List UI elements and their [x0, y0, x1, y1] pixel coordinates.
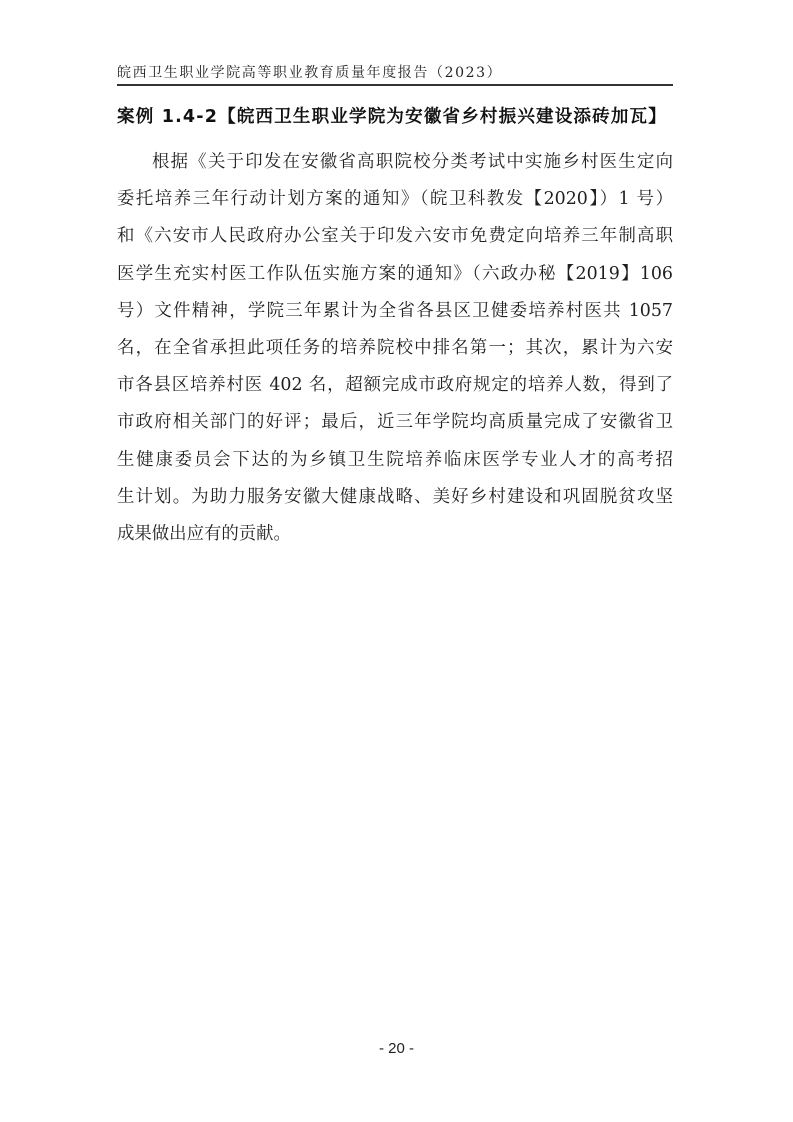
- paragraph-line: 生健康委员会下达的为乡镇卫生院培养临床医学专业人才的高考招: [117, 445, 673, 482]
- header-divider: [117, 84, 673, 86]
- paragraph-line: 成果做出应有的贡献。: [117, 519, 673, 556]
- case-title: 案例 1.4-2【皖西卫生职业学院为安徽省乡村振兴建设添砖加瓦】: [117, 103, 677, 128]
- running-header: 皖西卫生职业学院高等职业教育质量年度报告（2023）: [117, 62, 673, 82]
- paragraph-line: 名，在全省承担此项任务的培养院校中排名第一；其次，累计为六安: [117, 333, 673, 370]
- paragraph-line: 号）文件精神，学院三年累计为全省各县区卫健委培养村医共 1057: [117, 296, 673, 333]
- paragraph-line: 市各县区培养村医 402 名，超额完成市政府规定的培养人数，得到了: [117, 370, 673, 407]
- paragraph-line: 市政府相关部门的好评；最后，近三年学院均高质量完成了安徽省卫: [117, 407, 673, 444]
- paragraph-line: 医学生充实村医工作队伍实施方案的通知》（六政办秘【2019】106: [117, 259, 673, 296]
- paragraph-line: 根据《关于印发在安徽省高职院校分类考试中实施乡村医生定向: [117, 147, 673, 184]
- paragraph-line: 和《六安市人民政府办公室关于印发六安市免费定向培养三年制高职: [117, 221, 673, 258]
- case-body-paragraph: 根据《关于印发在安徽省高职院校分类考试中实施乡村医生定向 委托培养三年行动计划方…: [117, 147, 673, 556]
- paragraph-line: 委托培养三年行动计划方案的通知》（皖卫科教发【2020】）1 号）: [117, 184, 673, 221]
- paragraph-line: 生计划。为助力服务安徽大健康战略、美好乡村建设和巩固脱贫攻坚: [117, 482, 673, 519]
- page-number: - 20 -: [0, 1040, 793, 1057]
